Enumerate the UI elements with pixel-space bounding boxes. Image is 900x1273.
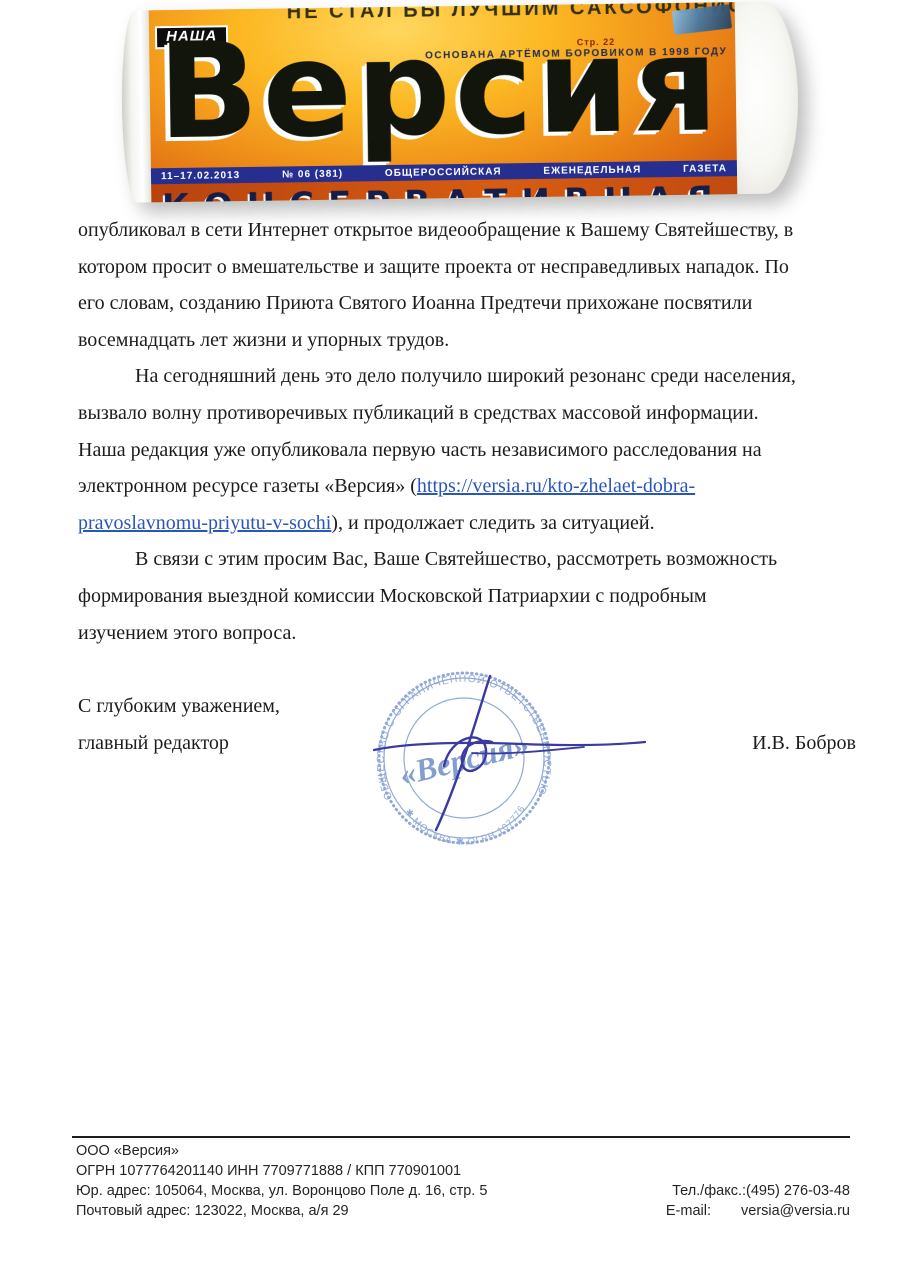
newspaper-roll: НЕ СТАЛ БЫ ЛУЧШИМ САКСОФОНИСТОМ НАША Стр…	[121, 1, 800, 202]
footer-phone: Тел./факс.:(495) 276-03-48	[666, 1181, 850, 1201]
strip-issue-number: № 06 (381)	[282, 168, 343, 180]
letter-body: опубликовал в сети Интернет открытое вид…	[78, 212, 856, 651]
paragraph-1: опубликовал в сети Интернет открытое вид…	[78, 212, 856, 358]
footer-divider	[72, 1136, 850, 1138]
footer-email-label: E-mail:	[666, 1201, 711, 1221]
masthead-photo: НЕ СТАЛ БЫ ЛУЧШИМ САКСОФОНИСТОМ НАША Стр…	[122, 6, 798, 198]
footer-requisites: ООО «Версия» ОГРН 1077764201140 ИНН 7709…	[76, 1141, 850, 1221]
strip-date: 11–17.02.2013	[161, 170, 240, 182]
letter-page: НЕ СТАЛ БЫ ЛУЧШИМ САКСОФОНИСТОМ НАША Стр…	[0, 0, 900, 1273]
strip-word-1: ОБЩЕРОССИЙСКАЯ	[385, 166, 502, 179]
signer-title: главный редактор	[78, 725, 229, 762]
paragraph-2: На сегодняшний день это дело получило ши…	[78, 358, 856, 541]
stamp-and-signature: ОБЩЕСТВО С ОГРАНИЧЕННОЙ ОТВЕТСТВЕННОСТЬЮ…	[352, 658, 652, 858]
strip-word-2: ЕЖЕНЕДЕЛЬНАЯ	[543, 164, 641, 176]
roll-right-cap	[735, 1, 800, 194]
signer-name: И.В. Бобров	[752, 725, 856, 762]
company-stamp-icon: ОБЩЕСТВО С ОГРАНИЧЕННОЙ ОТВЕТСТВЕННОСТЬЮ…	[352, 658, 652, 858]
footer-email-value: versia@versia.ru	[741, 1201, 850, 1221]
paragraph-2-tail: ), и продолжает следить за ситуацией.	[331, 512, 654, 534]
paragraph-3: В связи с этим просим Вас, Ваше Святейше…	[78, 541, 856, 651]
footer-company: ООО «Версия»	[76, 1141, 850, 1161]
versia-logo: Версия	[157, 18, 723, 158]
strip-word-3: ГАЗЕТА	[683, 163, 727, 175]
roll-left-edge	[121, 10, 152, 202]
footer-registration: ОГРН 1077764201140 ИНН 7709771888 / КПП …	[76, 1161, 850, 1181]
footer-contacts: Тел./факс.:(495) 276-03-48 E-mail: versi…	[666, 1181, 850, 1221]
masthead-front: НЕ СТАЛ БЫ ЛУЧШИМ САКСОФОНИСТОМ НАША Стр…	[149, 2, 738, 202]
